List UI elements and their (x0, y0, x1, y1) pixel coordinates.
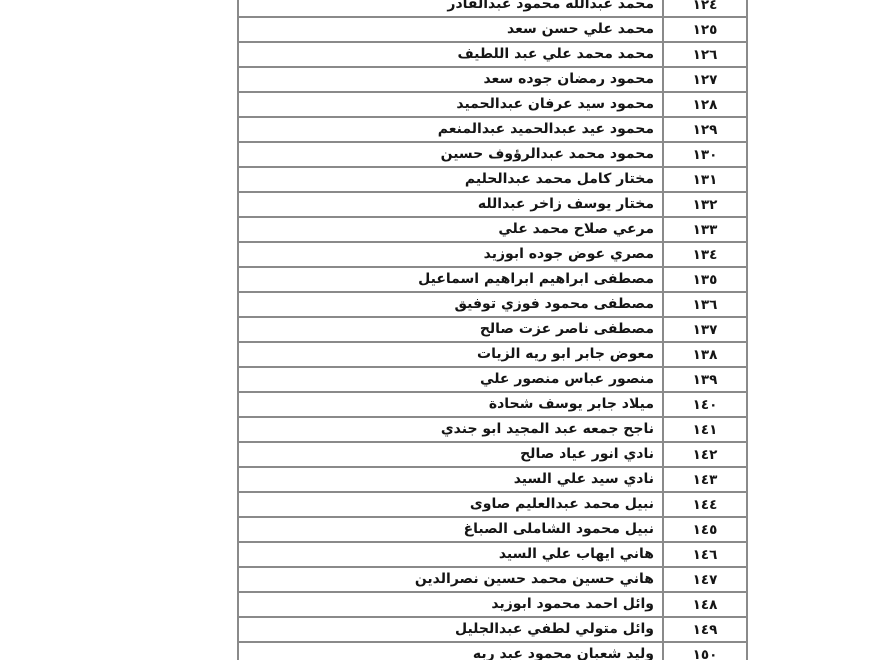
table-row: مختار يوسف زاخر عبدالله١٣٢ (239, 193, 746, 218)
number-cell: ١٣١ (662, 168, 746, 191)
number-cell: ١٤٨ (662, 593, 746, 616)
number-cell: ١٤٣ (662, 468, 746, 491)
table-row: ناجح جمعه عبد المجيد ابو جندي١٤١ (239, 418, 746, 443)
name-cell: مختار كامل محمد عبدالحليم (239, 168, 662, 191)
name-cell: محمود سيد عرفان عبدالحميد (239, 93, 662, 116)
names-roster-table: محمد عبدالله محمود عبدالقادر١٢٤محمد علي … (237, 0, 748, 660)
table-row: هاني حسين محمد حسين نصرالدين١٤٧ (239, 568, 746, 593)
table-row: محمود رمضان جوده سعد١٢٧ (239, 68, 746, 93)
table-row: محمود سيد عرفان عبدالحميد١٢٨ (239, 93, 746, 118)
name-cell: مرعي صلاح محمد علي (239, 218, 662, 241)
number-cell: ١٣٩ (662, 368, 746, 391)
name-cell: ميلاد جابر يوسف شحادة (239, 393, 662, 416)
number-cell: ١٤١ (662, 418, 746, 441)
table-row: وائل احمد محمود ابوزيد١٤٨ (239, 593, 746, 618)
number-cell: ١٤٠ (662, 393, 746, 416)
name-cell: محمد محمد علي عبد اللطيف (239, 43, 662, 66)
number-cell: ١٣٧ (662, 318, 746, 341)
number-cell: ١٤٥ (662, 518, 746, 541)
number-cell: ١٢٨ (662, 93, 746, 116)
number-cell: ١٢٥ (662, 18, 746, 41)
table-row: نبيل محمود الشاملى الصباغ١٤٥ (239, 518, 746, 543)
name-cell: نبيل محمود الشاملى الصباغ (239, 518, 662, 541)
table-row: نادي سيد علي السيد١٤٣ (239, 468, 746, 493)
number-cell: ١٢٩ (662, 118, 746, 141)
table-row: وائل متولي لطفي عبدالجليل١٤٩ (239, 618, 746, 643)
name-cell: محمود محمد عبدالرؤوف حسين (239, 143, 662, 166)
number-cell: ١٣٠ (662, 143, 746, 166)
name-cell: مختار يوسف زاخر عبدالله (239, 193, 662, 216)
number-cell: ١٣٢ (662, 193, 746, 216)
number-cell: ١٣٤ (662, 243, 746, 266)
name-cell: نادي سيد علي السيد (239, 468, 662, 491)
number-cell: ١٢٤ (662, 0, 746, 16)
table-row: منصور عباس منصور علي١٣٩ (239, 368, 746, 393)
name-cell: معوض جابر ابو ريه الزيات (239, 343, 662, 366)
scanned-document-page: محمد عبدالله محمود عبدالقادر١٢٤محمد علي … (0, 0, 880, 660)
name-cell: محمد عبدالله محمود عبدالقادر (239, 0, 662, 16)
number-cell: ١٤٦ (662, 543, 746, 566)
table-row: محمد علي حسن سعد١٢٥ (239, 18, 746, 43)
number-cell: ١٢٦ (662, 43, 746, 66)
table-row: محمد محمد علي عبد اللطيف١٢٦ (239, 43, 746, 68)
name-cell: مصري عوض جوده ابوزيد (239, 243, 662, 266)
number-cell: ١٥٠ (662, 643, 746, 660)
table-row: وليد شعبان محمود عبد ربه١٥٠ (239, 643, 746, 660)
name-cell: ناجح جمعه عبد المجيد ابو جندي (239, 418, 662, 441)
number-cell: ١٤٤ (662, 493, 746, 516)
name-cell: هاني ايهاب علي السيد (239, 543, 662, 566)
table-row: هاني ايهاب علي السيد١٤٦ (239, 543, 746, 568)
name-cell: مصطفى ابراهيم ابراهيم اسماعيل (239, 268, 662, 291)
name-cell: وائل احمد محمود ابوزيد (239, 593, 662, 616)
table-row: نادي انور عياد صالح١٤٢ (239, 443, 746, 468)
table-row: ميلاد جابر يوسف شحادة١٤٠ (239, 393, 746, 418)
table-row: مختار كامل محمد عبدالحليم١٣١ (239, 168, 746, 193)
name-cell: مصطفى ناصر عزت صالح (239, 318, 662, 341)
number-cell: ١٤٢ (662, 443, 746, 466)
name-cell: وليد شعبان محمود عبد ربه (239, 643, 662, 660)
number-cell: ١٢٧ (662, 68, 746, 91)
name-cell: هاني حسين محمد حسين نصرالدين (239, 568, 662, 591)
table-row: نبيل محمد عبدالعليم صاوى١٤٤ (239, 493, 746, 518)
number-cell: ١٤٩ (662, 618, 746, 641)
number-cell: ١٤٧ (662, 568, 746, 591)
table-row: مرعي صلاح محمد علي١٣٣ (239, 218, 746, 243)
table-row: معوض جابر ابو ريه الزيات١٣٨ (239, 343, 746, 368)
name-cell: محمود عيد عبدالحميد عبدالمنعم (239, 118, 662, 141)
number-cell: ١٣٥ (662, 268, 746, 291)
name-cell: مصطفى محمود فوزي توفيق (239, 293, 662, 316)
name-cell: نبيل محمد عبدالعليم صاوى (239, 493, 662, 516)
table-row: محمود محمد عبدالرؤوف حسين١٣٠ (239, 143, 746, 168)
number-cell: ١٣٨ (662, 343, 746, 366)
number-cell: ١٣٣ (662, 218, 746, 241)
table-row: محمد عبدالله محمود عبدالقادر١٢٤ (239, 0, 746, 18)
table-row: مصطفى محمود فوزي توفيق١٣٦ (239, 293, 746, 318)
table-row: مصري عوض جوده ابوزيد١٣٤ (239, 243, 746, 268)
name-cell: منصور عباس منصور علي (239, 368, 662, 391)
table-row: محمود عيد عبدالحميد عبدالمنعم١٢٩ (239, 118, 746, 143)
name-cell: نادي انور عياد صالح (239, 443, 662, 466)
table-row: مصطفى ابراهيم ابراهيم اسماعيل١٣٥ (239, 268, 746, 293)
name-cell: محمد علي حسن سعد (239, 18, 662, 41)
number-cell: ١٣٦ (662, 293, 746, 316)
name-cell: وائل متولي لطفي عبدالجليل (239, 618, 662, 641)
table-row: مصطفى ناصر عزت صالح١٣٧ (239, 318, 746, 343)
name-cell: محمود رمضان جوده سعد (239, 68, 662, 91)
